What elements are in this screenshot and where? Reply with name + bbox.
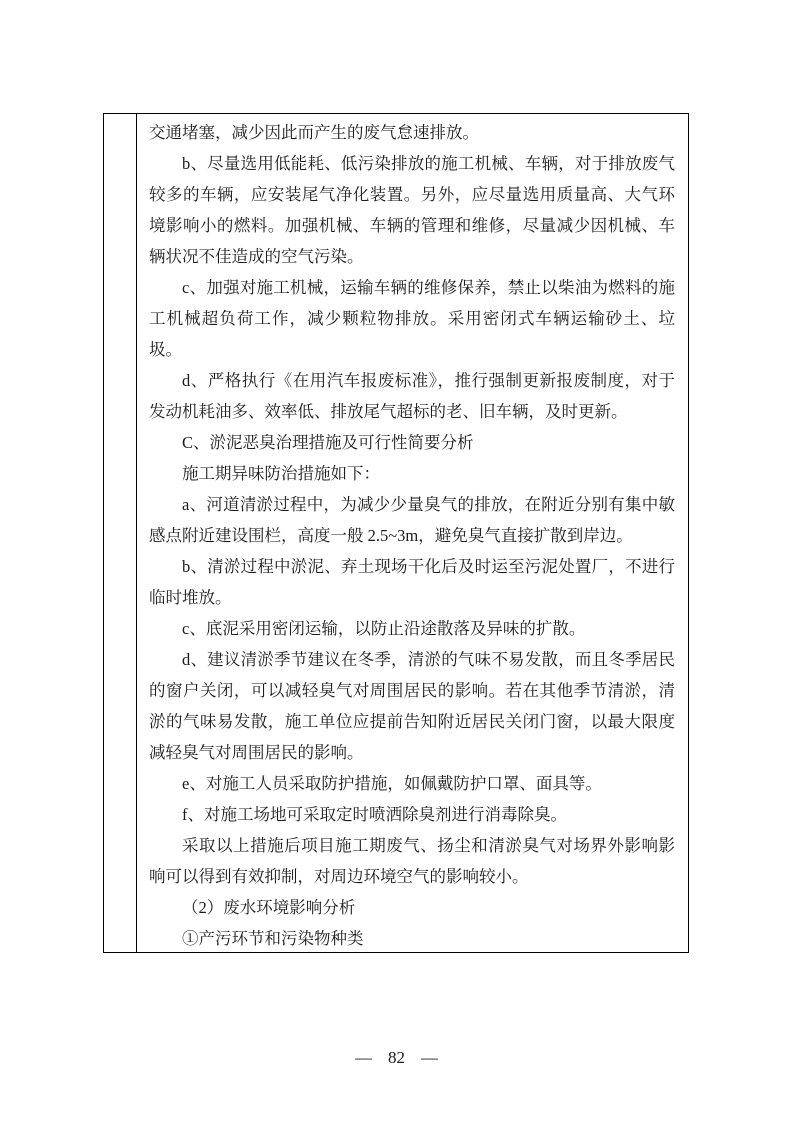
paragraph: 施工期异味防治措施如下： bbox=[149, 458, 675, 489]
content-table: 交通堵塞，减少因此而产生的废气怠速排放。b、尽量选用低能耗、低污染排放的施工机械… bbox=[103, 113, 689, 953]
paragraph: c、底泥采用密闭运输，以防止沿途散落及异味的扩散。 bbox=[149, 613, 675, 644]
page-number: 82 bbox=[388, 1048, 405, 1067]
paragraph: c、加强对施工机械，运输车辆的维修保养，禁止以柴油为燃料的施工机械超负荷工作，减… bbox=[149, 272, 675, 365]
table-left-cell bbox=[104, 114, 137, 952]
paragraph: 采取以上措施后项目施工期废气、扬尘和清淤臭气对场界外影响影响可以得到有效抑制，对… bbox=[149, 830, 675, 892]
paragraph: C、淤泥恶臭治理措施及可行性简要分析 bbox=[149, 427, 675, 458]
paragraph: a、河道清淤过程中，为减少少量臭气的排放，在附近分别有集中敏感点附近建设围栏，高… bbox=[149, 489, 675, 551]
paragraph: f、对施工场地可采取定时喷洒除臭剂进行消毒除臭。 bbox=[149, 799, 675, 830]
paragraph: b、清淤过程中淤泥、弃土现场干化后及时运至污泥处置厂，不进行临时堆放。 bbox=[149, 551, 675, 613]
paragraph: e、对施工人员采取防护措施，如佩戴防护口罩、面具等。 bbox=[149, 768, 675, 799]
footer-dash-left: — bbox=[355, 1048, 372, 1067]
page-footer: —82— bbox=[0, 1048, 793, 1068]
paragraph: d、建议清淤季节建议在冬季，清淤的气味不易发散，而且冬季居民的窗户关闭，可以减轻… bbox=[149, 644, 675, 768]
document-page: 交通堵塞，减少因此而产生的废气怠速排放。b、尽量选用低能耗、低污染排放的施工机械… bbox=[0, 0, 793, 1122]
footer-dash-right: — bbox=[421, 1048, 438, 1067]
paragraph: （2）废水环境影响分析 bbox=[149, 892, 675, 923]
paragraph: b、尽量选用低能耗、低污染排放的施工机械、车辆，对于排放废气较多的车辆，应安装尾… bbox=[149, 148, 675, 272]
table-content-cell: 交通堵塞，减少因此而产生的废气怠速排放。b、尽量选用低能耗、低污染排放的施工机械… bbox=[137, 114, 688, 952]
paragraph: 交通堵塞，减少因此而产生的废气怠速排放。 bbox=[149, 117, 675, 148]
paragraph: ①产污环节和污染物种类 bbox=[149, 923, 675, 952]
paragraph: d、严格执行《在用汽车报废标准》，推行强制更新报废制度，对于发动机耗油多、效率低… bbox=[149, 365, 675, 427]
